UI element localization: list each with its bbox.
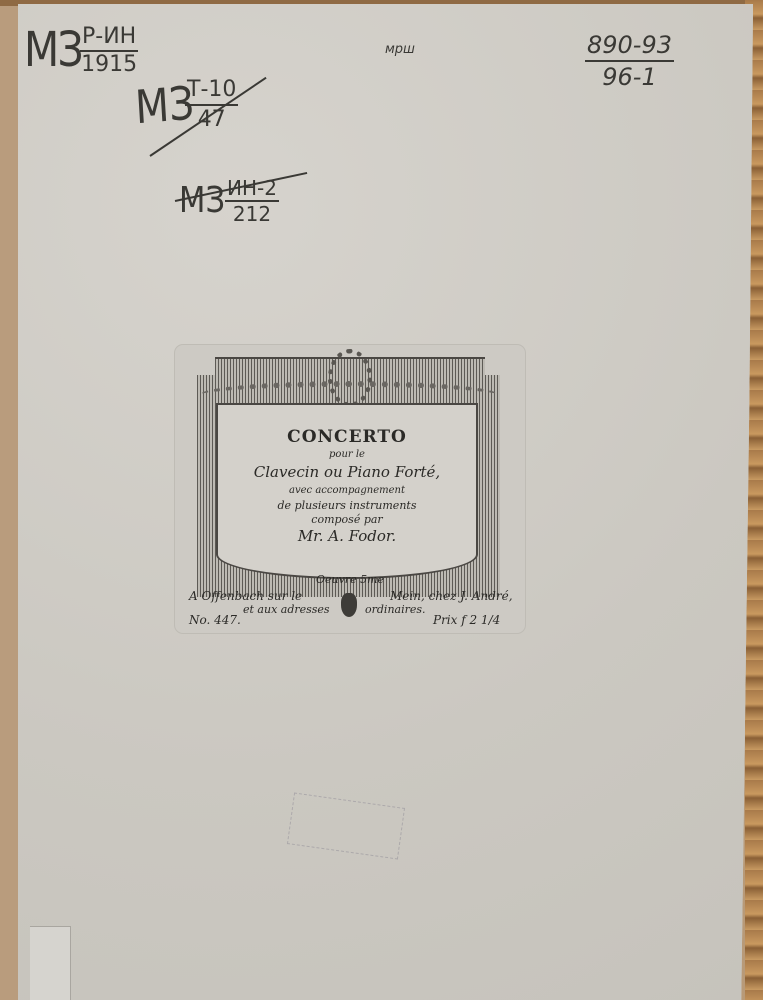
publisher-left: A Offenbach sur le: [189, 589, 302, 603]
plate-number: No. 447.: [189, 613, 241, 627]
stamp-crossed-2-prefix: МЗ: [179, 180, 225, 221]
opus-number: Oeuvre 5me: [175, 573, 525, 586]
accompaniment-line: avec accompagnement: [218, 485, 476, 496]
stamp-crossed-2-denominator: 212: [225, 202, 279, 226]
top-pencil-note: мрш: [385, 42, 415, 57]
address-left: et aux adresses: [243, 603, 330, 616]
composed-by-line: composé par: [218, 513, 476, 526]
title: CONCERTO: [218, 427, 476, 447]
stamp-primary-prefix: МЗ: [24, 22, 82, 78]
catalog-numerator: 890-93: [585, 30, 674, 62]
title-cartouche: CONCERTO pour le Clavecin ou Piano Forté…: [216, 403, 478, 579]
catalog-number: 890-93 96-1: [585, 30, 674, 92]
catalog-denominator: 96-1: [585, 62, 674, 92]
author-name: Mr. A. Fodor.: [218, 527, 476, 545]
tassel-ornament-icon: [341, 593, 357, 617]
stamp-primary-denominator: 1915: [80, 52, 138, 78]
instrument-line: Clavecin ou Piano Forté,: [218, 463, 476, 481]
stamp-primary-fraction: Р-ИН 1915: [80, 24, 138, 78]
address-right: ordinaires.: [365, 603, 426, 616]
wreath-ornament-icon: [328, 349, 372, 407]
stamp-primary-numerator: Р-ИН: [80, 24, 138, 52]
stamp-crossed-1-denominator: 47: [185, 106, 238, 134]
instruments-line: de plusieurs instruments: [218, 499, 476, 512]
subtitle-pour: pour le: [218, 449, 476, 460]
price: Prix f 2 1/4: [433, 613, 500, 627]
paper-strip: [30, 926, 71, 1000]
publisher-right: Mein, chez J. André,: [390, 589, 513, 603]
engraved-title-plate: CONCERTO pour le Clavecin ou Piano Forté…: [175, 345, 525, 633]
